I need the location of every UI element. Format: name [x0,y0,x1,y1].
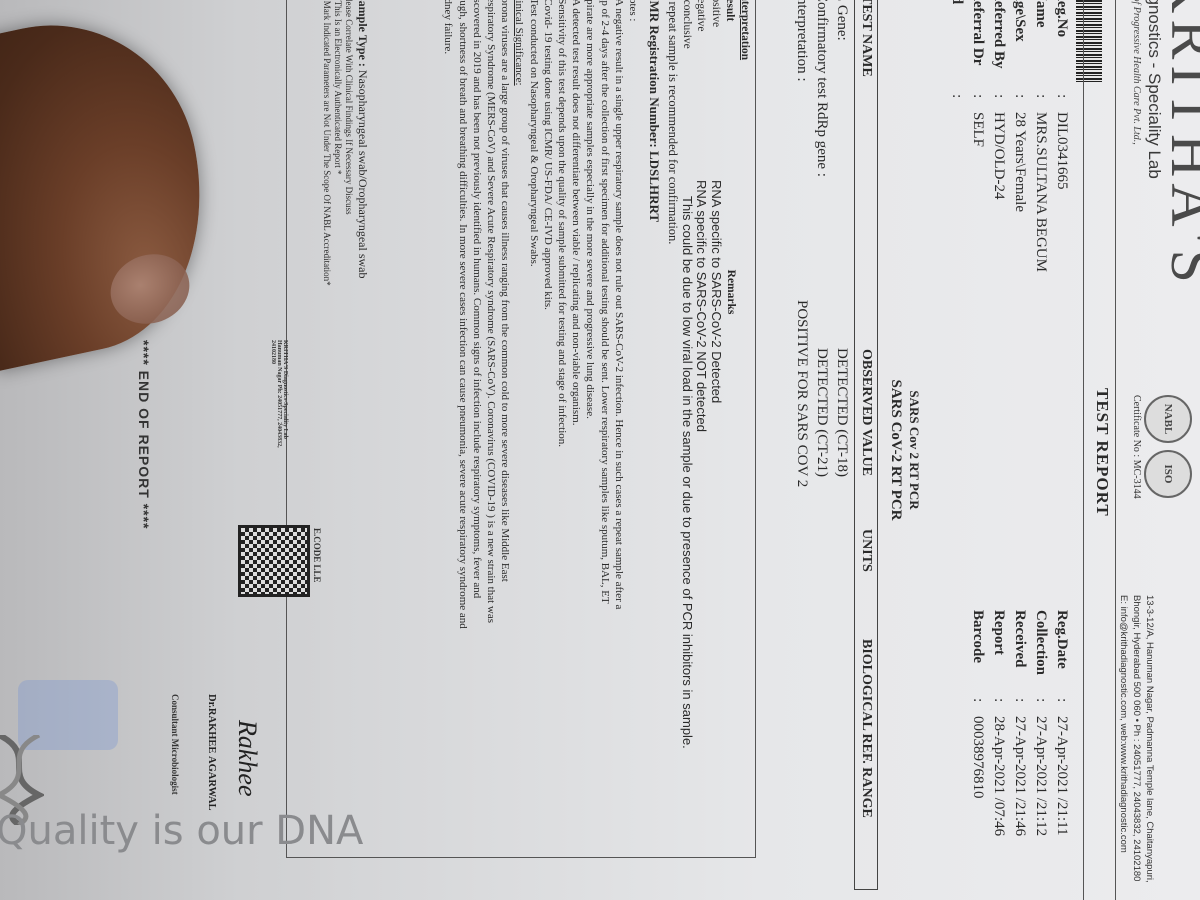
doctor-signature: Rakhee [232,720,262,797]
note-line: 1.A negative result in a single upper re… [612,0,626,850]
end-of-report: **** END OF REPORT **** [136,340,152,529]
doctor-name: Dr.RAKHEE AGARWAL [205,694,217,811]
certificate-number: Certificate No : MC-3144 [1131,395,1142,499]
stamp-line: KRITHA'S Diagnostics-Speciality Lab [282,340,288,439]
lab-address: 13-3-12/A, Hanuman Nagar, Padmanna Templ… [1117,595,1156,885]
column-header: BIOLOGICAL REF. RANGE [858,639,874,818]
remark-item: RNA specific to SARS-CoV-2 NOT detected [694,180,709,749]
note-line: 3.Sensitivity of this test depends upon … [555,0,569,850]
footnote: * Mark Indicated Parameters are Not Unde… [321,0,332,286]
column-header: TEST NAME [858,0,874,77]
finger-photo-occlusion [0,0,232,371]
interpretation-block: Interpretation Result Positive Negative … [680,0,753,60]
field-label: Received [1009,610,1030,698]
icmr-registration: ICMR Registration Number: LDSLHRRT [646,0,662,222]
footnote: * This Is an Electronically Authenticate… [332,0,343,286]
interpretation-heading: Interpretation [738,0,753,60]
result-label: Result [723,0,738,60]
sample-type-label: Sample Type : [356,0,370,67]
remarks-label: Remarks [724,242,739,342]
patient-details: Reg.No:DIL0341665 Name:MRS.SULTANA BEGUM… [946,0,1072,272]
note-line: aspirate are more appropriate samples es… [583,0,597,850]
iso-logo-icon: ISO [1144,450,1192,498]
column-header: OBSERVED VALUE [858,349,874,476]
qr-code-icon [238,525,310,597]
stamp-line: Hanuman Nagar [276,340,282,383]
field-value: 28-Apr-2021 /07:46 [988,716,1009,836]
address-line: Bhongir, Hyderabad 500 060 • Ph : 240517… [1130,595,1143,885]
footnote: Please Correlate With Clinical Findings … [343,0,354,286]
clinical-line: cough, shortness of breath and breathing… [455,0,469,850]
row-value: DETECTED (CT-18) [833,348,850,477]
row-value: DETECTED (CT-21) [813,348,830,477]
lab-subtitle: Diagnostics - Speciality Lab [1144,0,1164,179]
row-value: POSITIVE FOR SARS COV 2 [793,300,810,487]
clinical-line: Respiratory Syndrome (MERS-CoV) and Seve… [484,0,498,850]
field-value: SELF [967,112,988,147]
result-item: Negative [694,0,709,60]
field-label: Reg.No [1051,0,1072,94]
title-divider [1083,0,1084,900]
test-section-subtitle: SARS CoV-2 RT PCR [887,300,904,600]
note-line: gap of 2-4 days after the collection of … [597,0,611,850]
field-barcode: Barcode:00038976810 [967,610,988,836]
field-referral-dr: Referral Dr:SELF [967,0,988,272]
qr-label: E.CODE LLE [312,528,322,583]
field-value: MRS.SULTANA BEGUM [1030,112,1051,272]
repeat-note: A repeat sample is recommended for confi… [665,0,680,244]
field-label: Reg.Date [1051,610,1072,698]
field-id: Id: [946,0,967,272]
test-report-document: KRITHA'S Diagnostics - Speciality Lab A … [320,0,1200,900]
clinical-line: Corona viruses are a large group of viru… [498,0,512,850]
clinical-heading: Clinical Significance: [512,0,526,850]
field-label: Barcode [967,610,988,698]
row-name: Confirmatory test RdRp gene : [813,0,830,177]
field-reg-no: Reg.No:DIL0341665 [1051,0,1072,272]
field-value: 27-Apr-2021 /21:46 [1009,716,1030,836]
note-line: 2.A detected test result does not differ… [569,0,583,850]
row-name: Interpretation : [793,0,810,82]
field-label: Collection [1030,610,1051,698]
remark-item: RNA specific to SARS-CoV-2 Detected [709,180,724,749]
test-section-title: SARS Cov 2 RT PCR [906,300,922,600]
remark-item: This could be due to low viral load in t… [680,196,695,749]
clinical-line: discovered in 2019 and has been not prev… [470,0,484,850]
column-header: UNITS [858,529,874,572]
notes-block: Notes : 1.A negative result in a single … [441,0,640,850]
note-line: 4.Covid- 19 testing done using ICMR/ US-… [541,0,555,850]
field-value: 00038976810 [967,716,988,799]
field-report: Report:28-Apr-2021 /07:46 [988,610,1009,836]
field-label: Report [988,610,1009,698]
field-value: DIL0341665 [1051,112,1072,190]
sample-type-value: Nasopharyngeal swab/Oropharyngeal swab [356,70,370,279]
field-label: Id [946,0,967,94]
field-reg-date: Reg.Date:27-Apr-2021 /21:11 [1051,610,1072,836]
report-dates: Reg.Date:27-Apr-2021 /21:11 Collection:2… [967,610,1072,836]
field-value: HYD/OLD-24 [988,112,1009,200]
slogan: Quality is our DNA [0,808,363,854]
notes-heading: Notes : [626,0,640,850]
result-item: Inconclusive [680,0,695,60]
doctor-title: Consultant Microbiologist [170,694,180,795]
field-received: Received:27-Apr-2021 /21:46 [1009,610,1030,836]
header-divider [1115,0,1116,900]
result-item: Positive [709,0,724,60]
remarks-list: RNA specific to SARS-CoV-2 Detected RNA … [680,180,724,749]
sample-type: Sample Type : Nasopharyngeal swab/Oropha… [355,0,370,279]
sample-footnotes: Please Correlate With Clinical Findings … [321,0,354,286]
field-label: Age\Sex [1009,0,1030,94]
note-line: 5.Test conducted on Nasopharyngeal & Oro… [526,0,540,850]
field-name: Name:MRS.SULTANA BEGUM [1030,0,1051,272]
barcode-icon [1076,0,1102,82]
doctor-name-line: Dr.RAKHEE [206,694,217,753]
report-title: TEST REPORT [1092,388,1112,517]
address-line: 13-3-12/A, Hanuman Nagar, Padmanna Templ… [1143,595,1156,885]
field-value: 28 Years\Female [1009,112,1030,212]
row-name: E Gene: [833,0,850,41]
address-line: E: info@krithadiagnostic.com, web:www.kr… [1117,595,1130,885]
doctor-name-line: AGARWAL [206,756,217,810]
field-referred-by: Referred By:HYD/OLD-24 [988,0,1009,272]
field-collection: Collection:27-Apr-2021 /21:12 [1030,610,1051,836]
results-table-header: TEST NAME OBSERVED VALUE UNITS BIOLOGICA… [854,0,878,890]
nabl-logo-icon: NABL [1144,395,1192,443]
field-label: Referral Dr [967,0,988,94]
field-value: 27-Apr-2021 /21:12 [1030,716,1051,836]
clinical-line: kidney failure. [441,0,455,850]
field-label: Referred By [988,0,1009,94]
lab-stamp: KRITHA'S Diagnostics-Speciality Lab Hanu… [262,340,288,460]
field-value: 27-Apr-2021 /21:11 [1051,716,1072,836]
field-label: Name [1030,0,1051,94]
field-age-sex: Age\Sex:28 Years\Female [1009,0,1030,272]
lab-tagline: A unit of Progressive Health Care Pvt. L… [1131,0,1142,145]
